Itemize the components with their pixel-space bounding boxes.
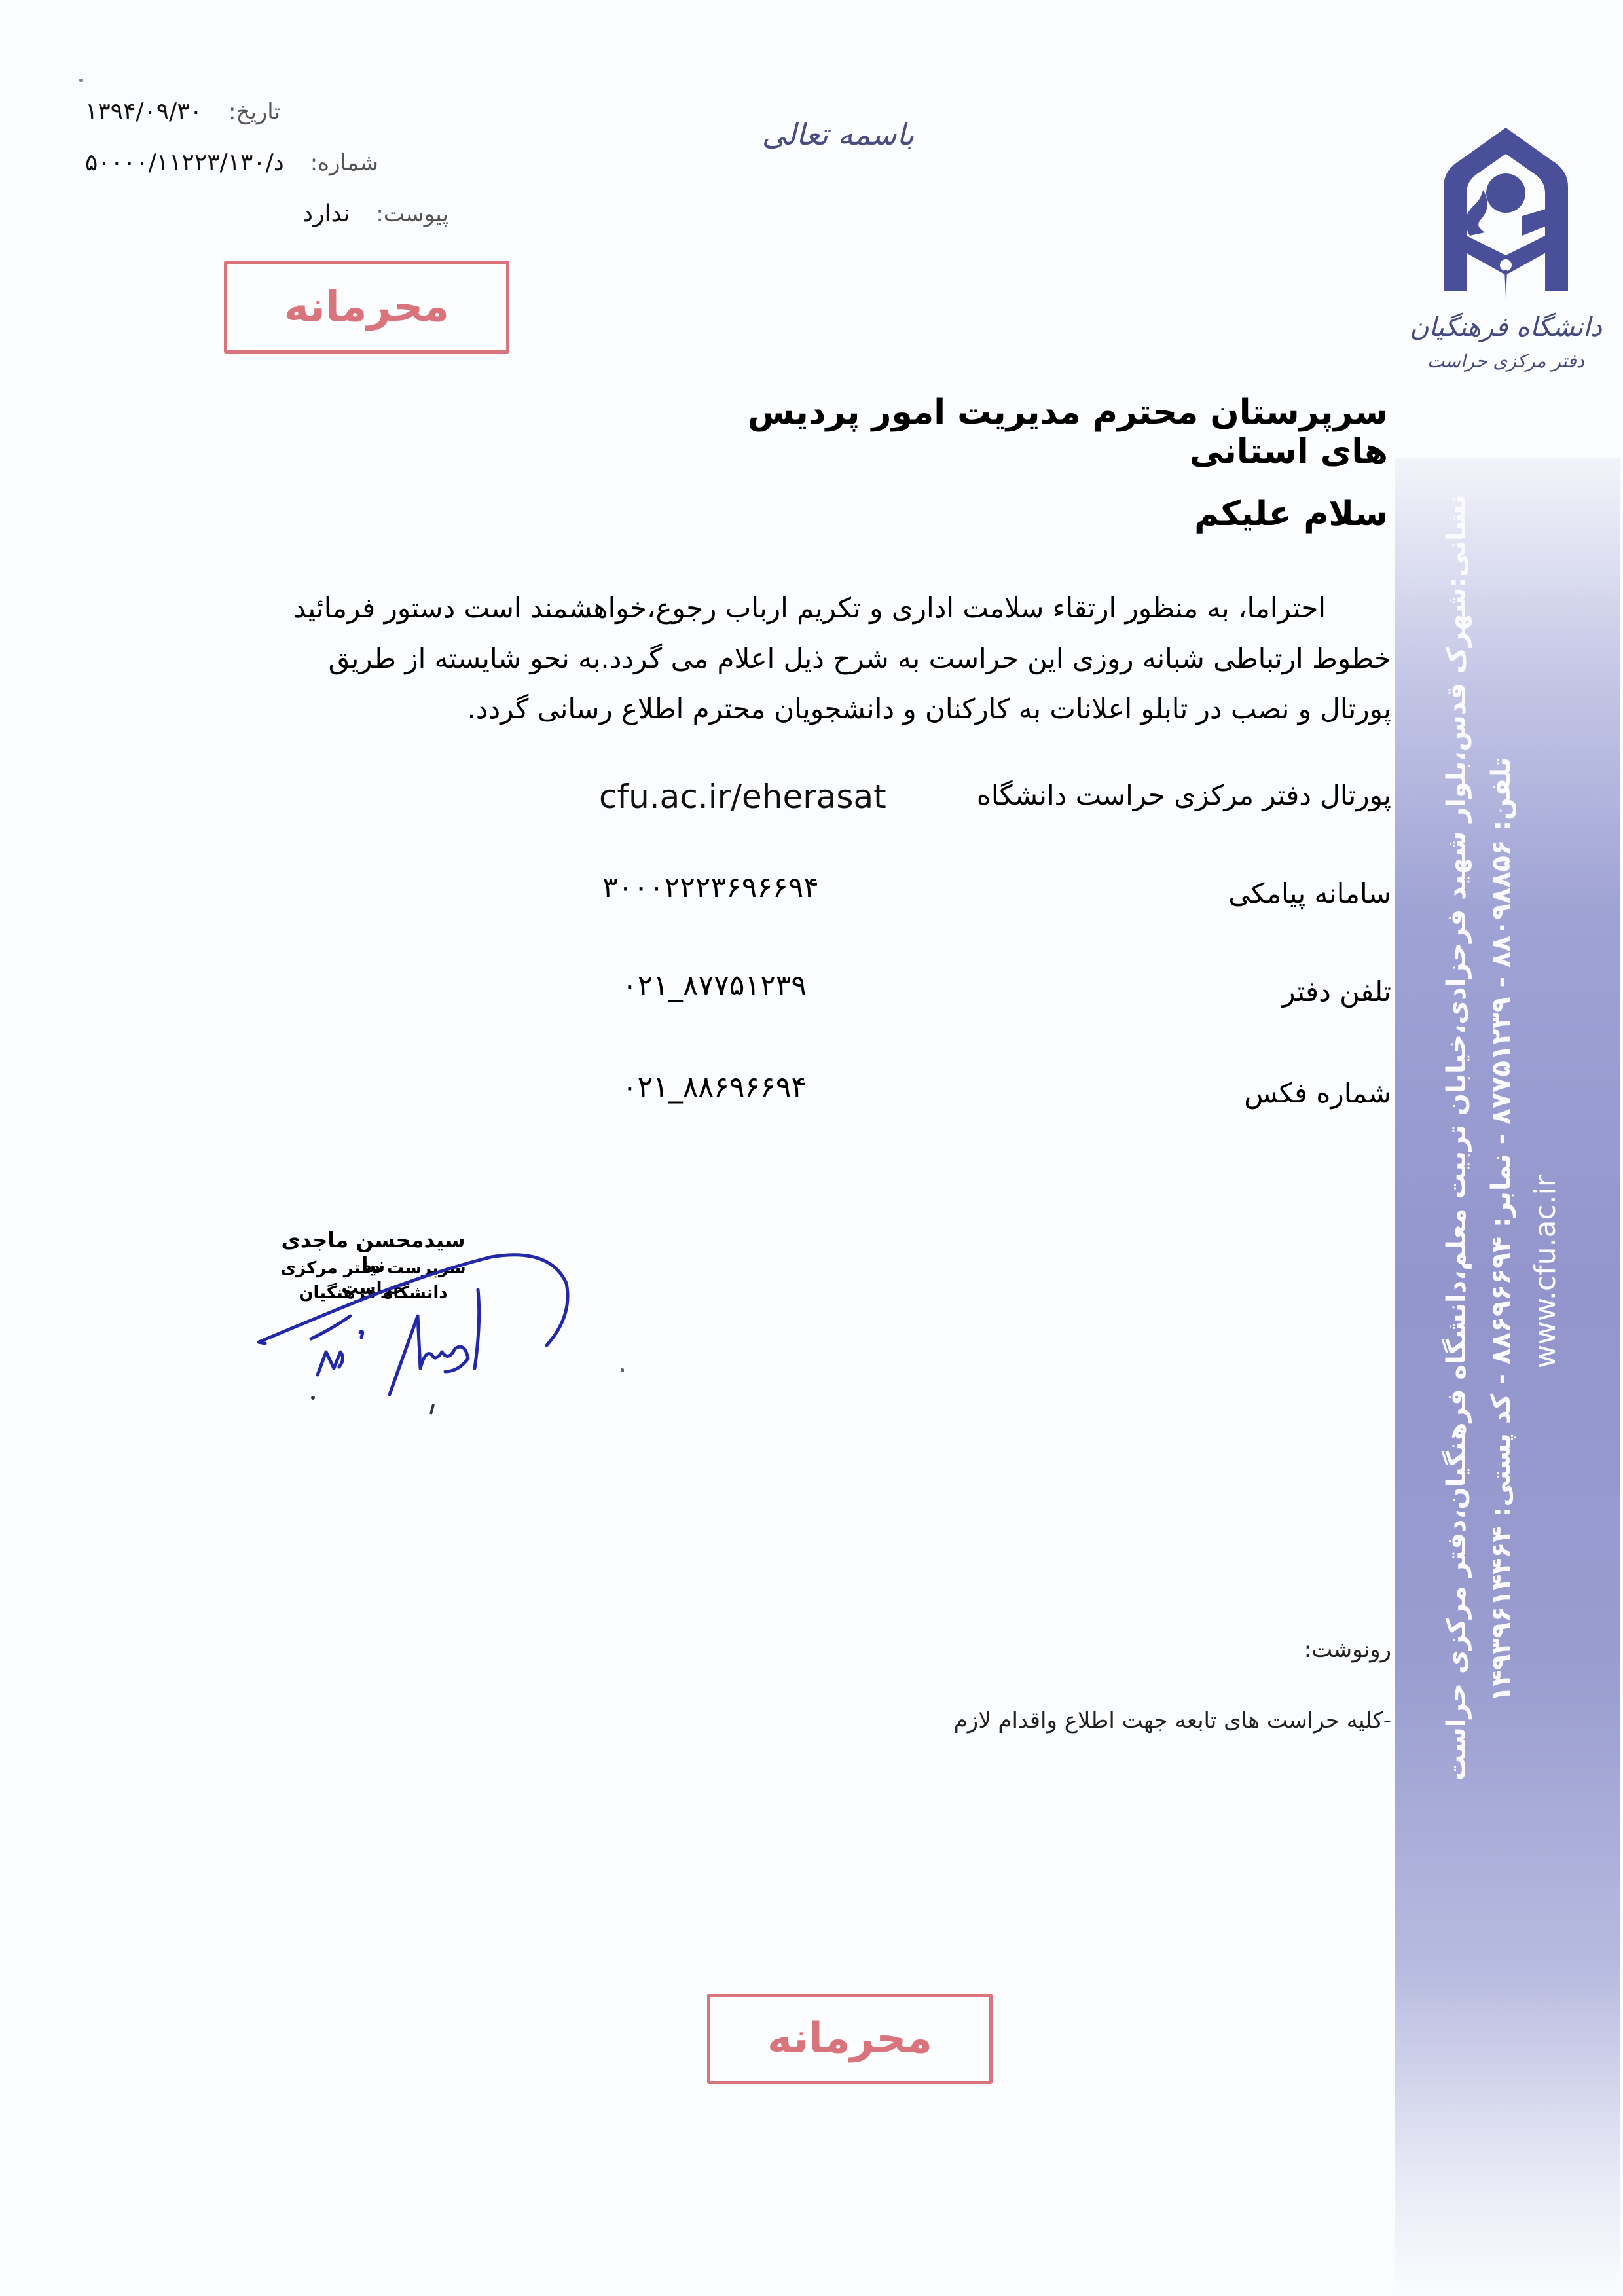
- greeting: سلام علیکم: [1048, 494, 1388, 534]
- number-value: د/۵۰۰۰۰/۱۱۲۲۳/۱۳۰: [85, 149, 284, 176]
- recipient-heading: سرپرستان محترم مدیریت امور پردیس های است…: [707, 393, 1388, 471]
- university-emblem-icon: [1408, 108, 1604, 304]
- letter-body: احتراما، به منظور ارتقاء سلامت اداری و ت…: [223, 583, 1391, 734]
- scan-speck: [621, 1368, 624, 1372]
- attachment-row: پیوست: ندارد: [85, 200, 448, 251]
- letterhead-side-band: نشانی:شهرک قدس،بلوار شهید فرحزادی،خیابان…: [1395, 458, 1620, 2296]
- copies-item: -کلیه حراست های تابعه جهت اطلاع واقدام ل…: [930, 1707, 1391, 1734]
- confidential-stamp-bottom: محرمانه: [707, 1994, 993, 2084]
- contact-label-sms: سامانه پیامکی: [1228, 877, 1391, 909]
- side-band-address: نشانی:شهرک قدس،بلوار شهید فرحزادی،خیابان…: [1442, 494, 1472, 1781]
- body-line-3: پورتال و نصب در تابلو اعلانات به کارکنان…: [223, 683, 1391, 734]
- date-row: تاریخ: ۱۳۹۴/۰۹/۳۰: [85, 98, 448, 149]
- side-band-website: www.cfu.ac.ir: [1529, 1175, 1562, 1368]
- contact-label-portal: پورتال دفتر مرکزی حراست دانشگاه: [977, 779, 1391, 811]
- handwritten-signature-icon: [242, 1218, 583, 1427]
- date-value: ۱۳۹۴/۰۹/۳۰: [85, 98, 202, 125]
- confidential-stamp-top: محرمانه: [224, 261, 509, 354]
- contact-value-sms: ۳۰۰۰۲۲۲۳۶۹۶۶۹۴: [602, 871, 819, 904]
- contact-list: پورتال دفتر مرکزی حراست دانشگاه cfu.ac.i…: [589, 779, 1391, 1146]
- number-row: شماره: د/۵۰۰۰۰/۱۱۲۲۳/۱۳۰: [85, 149, 448, 200]
- signature-block: سیدمحسن ماجدی نیا سرپرست دفتر مرکزی حراس…: [242, 1218, 583, 1427]
- copies-label: رونوشت:: [1244, 1637, 1391, 1663]
- body-line-2: خطوط ارتباطی شبانه روزی این حراست به شرح…: [223, 633, 1391, 683]
- university-logo: دانشگاه فرهنگیان دفتر مرکزی حراست: [1408, 108, 1604, 383]
- date-label: تاریخ:: [228, 99, 280, 125]
- scan-speck: [79, 79, 83, 82]
- attachment-label: پیوست:: [376, 201, 448, 227]
- invocation-heading: باسمه تعالی: [753, 117, 923, 152]
- number-label: شماره:: [310, 150, 378, 176]
- body-line-1: احتراما، به منظور ارتقاء سلامت اداری و ت…: [223, 583, 1391, 633]
- side-band-phones: تلفن: ۸۸۰۹۸۸۵۶ - ۸۷۷۵۱۲۳۹ - نمابر: ۸۸۶۹۶…: [1486, 757, 1516, 1702]
- contact-label-phone: تلفن دفتر: [1282, 975, 1391, 1008]
- logo-university-name: دانشگاه فرهنگیان: [1408, 312, 1604, 342]
- contact-value-phone: ۰۲۱_۸۷۷۵۱۲۳۹: [622, 969, 807, 1002]
- contact-value-portal[interactable]: cfu.ac.ir/eherasat: [599, 778, 886, 816]
- contact-label-fax: شماره فکس: [1244, 1077, 1391, 1109]
- logo-office-name: دفتر مرکزی حراست: [1408, 350, 1604, 372]
- letter-meta: تاریخ: ۱۳۹۴/۰۹/۳۰ شماره: د/۵۰۰۰۰/۱۱۲۲۳/۱…: [85, 98, 448, 251]
- contact-value-fax: ۰۲۱_۸۸۶۹۶۶۹۴: [622, 1070, 807, 1104]
- attachment-value: ندارد: [302, 200, 350, 227]
